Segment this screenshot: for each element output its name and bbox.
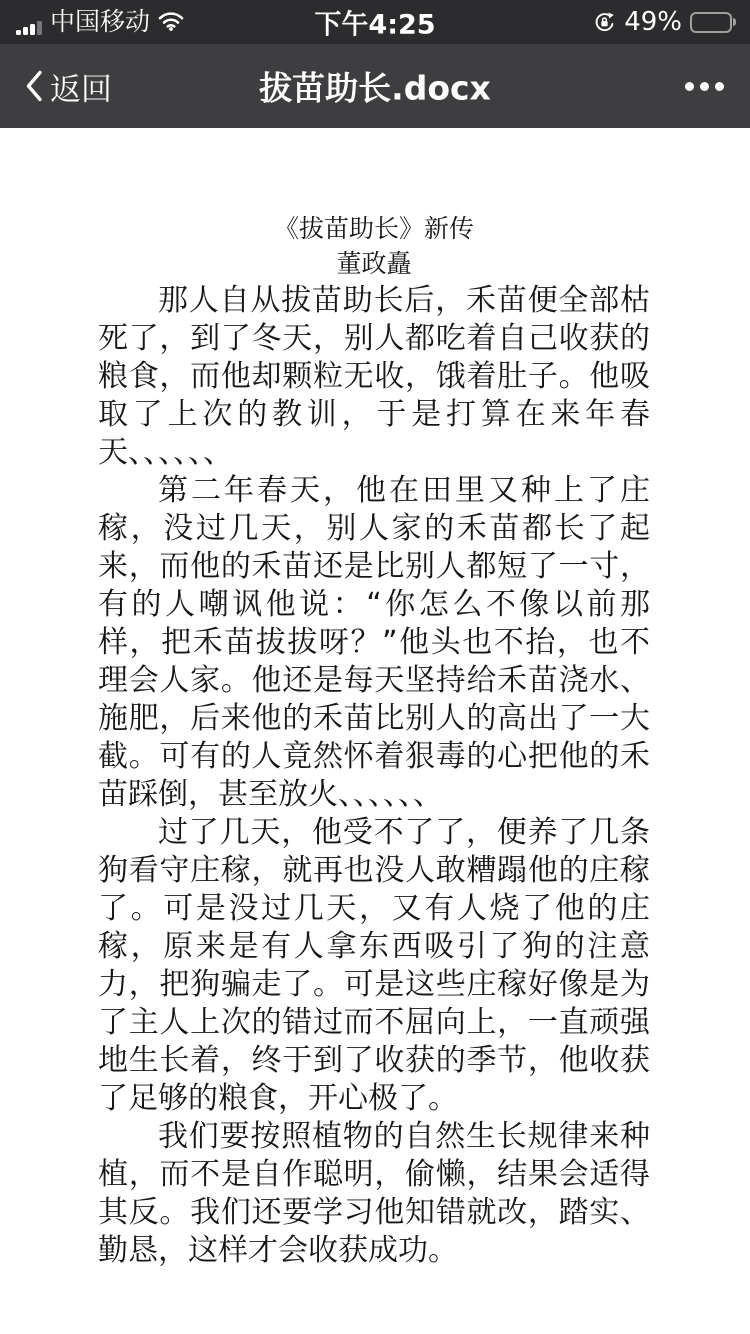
ellipsis-icon — [700, 82, 709, 91]
signal-bar — [23, 27, 28, 35]
carrier-label: 中国移动 — [50, 8, 150, 36]
status-bar: 中国移动 下午4:25 49% — [0, 0, 750, 44]
cellular-signal-icon — [16, 21, 42, 36]
ellipsis-icon — [685, 82, 694, 91]
paragraph: 过了几天，他受不了了，便养了几条狗看守庄稼，就再也没人敢糟蹋他的庄稼了。可是没过… — [98, 814, 650, 1118]
battery-icon — [690, 12, 736, 33]
nav-bar: 返回 拔苗助长.docx — [0, 44, 750, 128]
document-heading: 《拔苗助长》新传 — [98, 212, 650, 246]
clock-label: 下午4:25 — [314, 3, 435, 42]
chevron-left-icon — [24, 69, 44, 103]
wifi-icon — [158, 12, 184, 35]
document-title-label: 拔苗助长.docx — [259, 63, 491, 110]
document-author: 董政矗 — [98, 246, 650, 282]
back-button[interactable]: 返回 — [24, 64, 112, 109]
status-left-cluster: 中国移动 — [16, 8, 184, 36]
more-button[interactable] — [683, 72, 726, 101]
signal-bar — [37, 21, 42, 35]
ellipsis-icon — [715, 82, 724, 91]
battery-percent-label: 49% — [624, 7, 682, 37]
signal-bar — [16, 30, 21, 35]
signal-bar — [30, 24, 35, 35]
paragraph: 我们要按照植物的自然生长规律来种植，而不是自作聪明，偷懒，结果会适得其反。我们还… — [98, 1118, 650, 1270]
back-button-label: 返回 — [50, 64, 112, 109]
status-right-cluster: 49% — [593, 7, 736, 37]
paragraph: 第二年春天，他在田里又种上了庄稼，没过几天，别人家的禾苗都长了起来，而他的禾苗还… — [98, 472, 650, 814]
paragraph: 那人自从拔苗助长后，禾苗便全部枯死了，到了冬天，别人都吃着自己收获的粮食，而他却… — [98, 282, 650, 472]
rotation-lock-icon — [593, 11, 616, 34]
document-page[interactable]: 《拔苗助长》新传 董政矗 那人自从拔苗助长后，禾苗便全部枯死了，到了冬天，别人都… — [0, 128, 750, 1334]
